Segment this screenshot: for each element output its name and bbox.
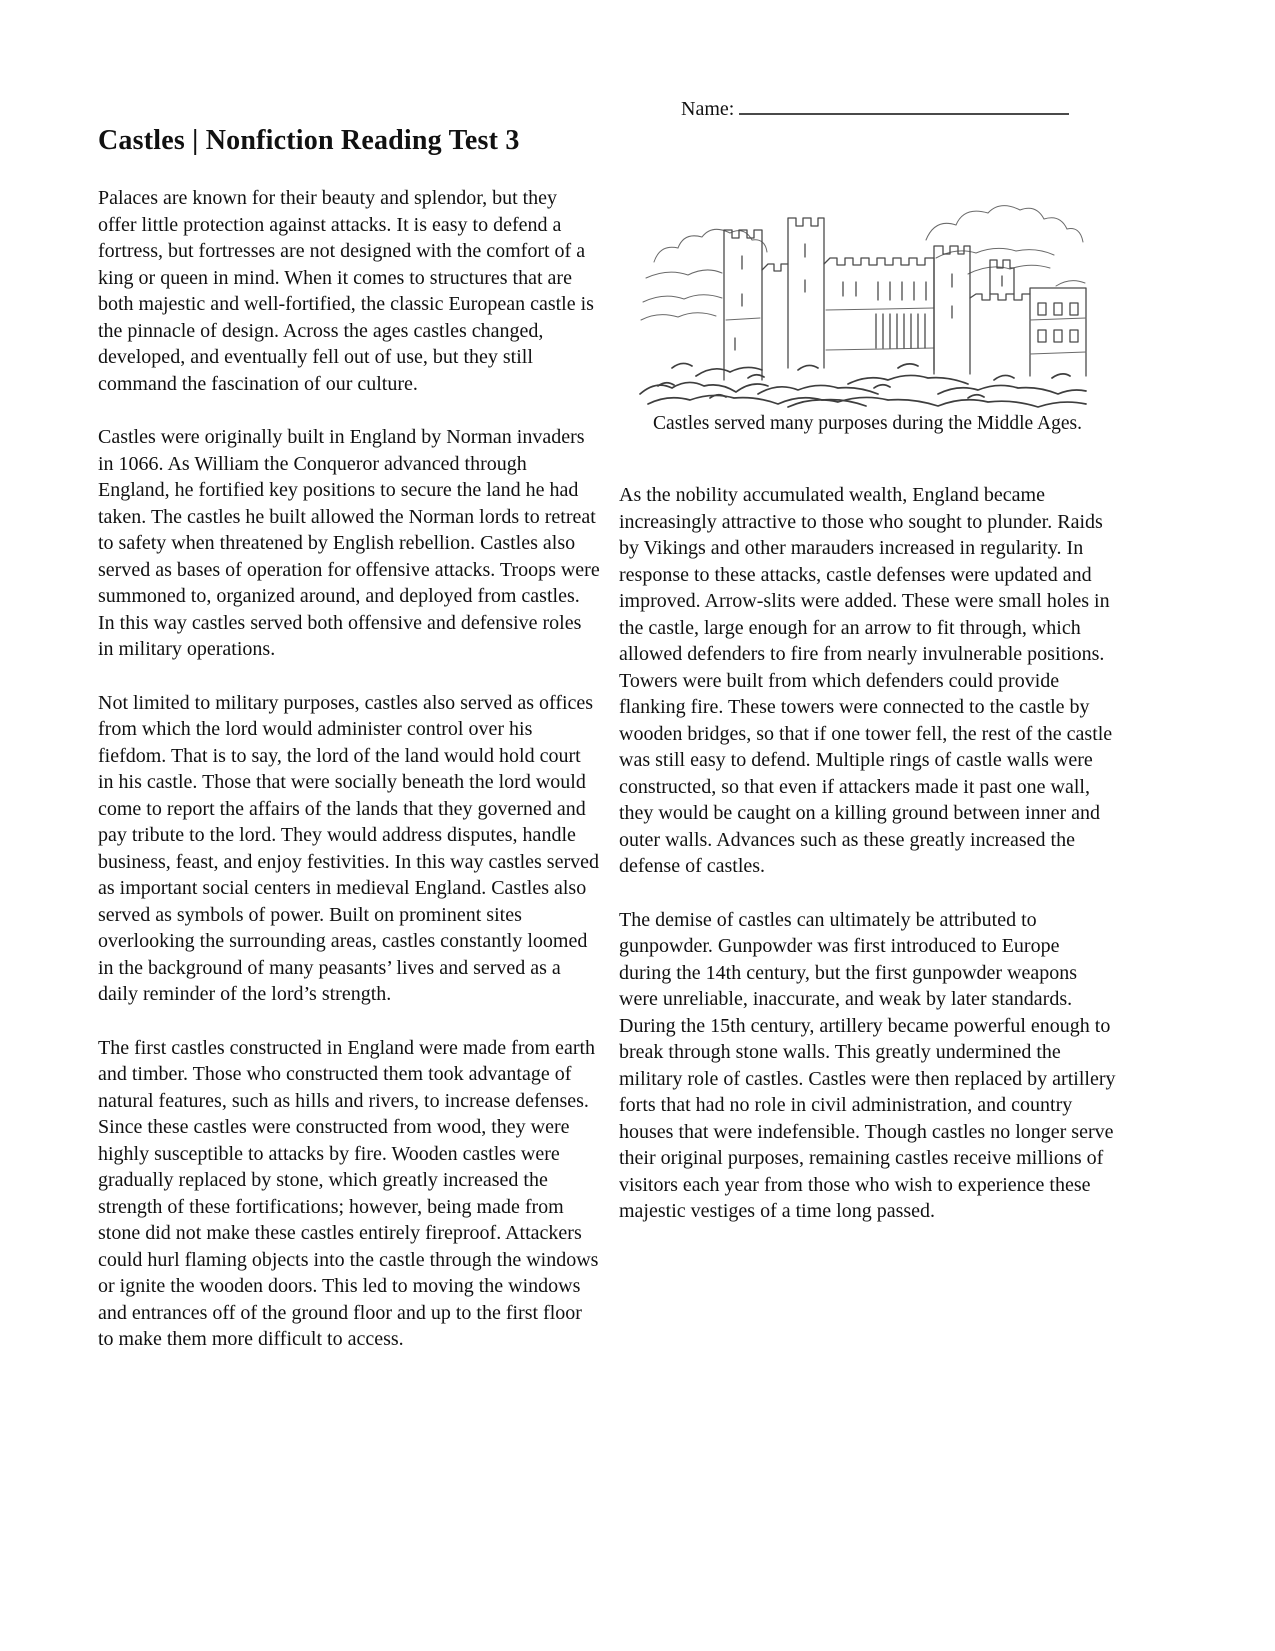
worksheet-page: Castles | Nonfiction Reading Test 3 Pala… [0, 0, 1275, 1651]
paragraph-gunpowder-demise: The demise of castles can ultimately be … [619, 907, 1116, 1225]
castle-sketch-svg [637, 198, 1094, 410]
left-column: Castles | Nonfiction Reading Test 3 Pala… [98, 124, 600, 1380]
right-column-text: As the nobility accumulated wealth, Engl… [619, 482, 1116, 1225]
paragraph-norman-origins: Castles were originally built in England… [98, 424, 600, 663]
name-blank-line[interactable] [739, 95, 1069, 115]
left-column-text: Palaces are known for their beauty and s… [98, 185, 600, 1353]
image-caption: Castles served many purposes during the … [619, 412, 1116, 436]
page-title: Castles | Nonfiction Reading Test 3 [98, 124, 600, 158]
name-field-row: Name: [681, 95, 1116, 120]
paragraph-palaces: Palaces are known for their beauty and s… [98, 185, 600, 397]
name-label: Name: [681, 98, 734, 120]
castle-illustration [637, 198, 1094, 410]
right-column: Name: [619, 95, 1116, 1252]
paragraph-social-centers: Not limited to military purposes, castle… [98, 690, 600, 1008]
paragraph-earth-and-timber: The first castles constructed in England… [98, 1035, 600, 1353]
paragraph-defenses-improved: As the nobility accumulated wealth, Engl… [619, 482, 1116, 880]
